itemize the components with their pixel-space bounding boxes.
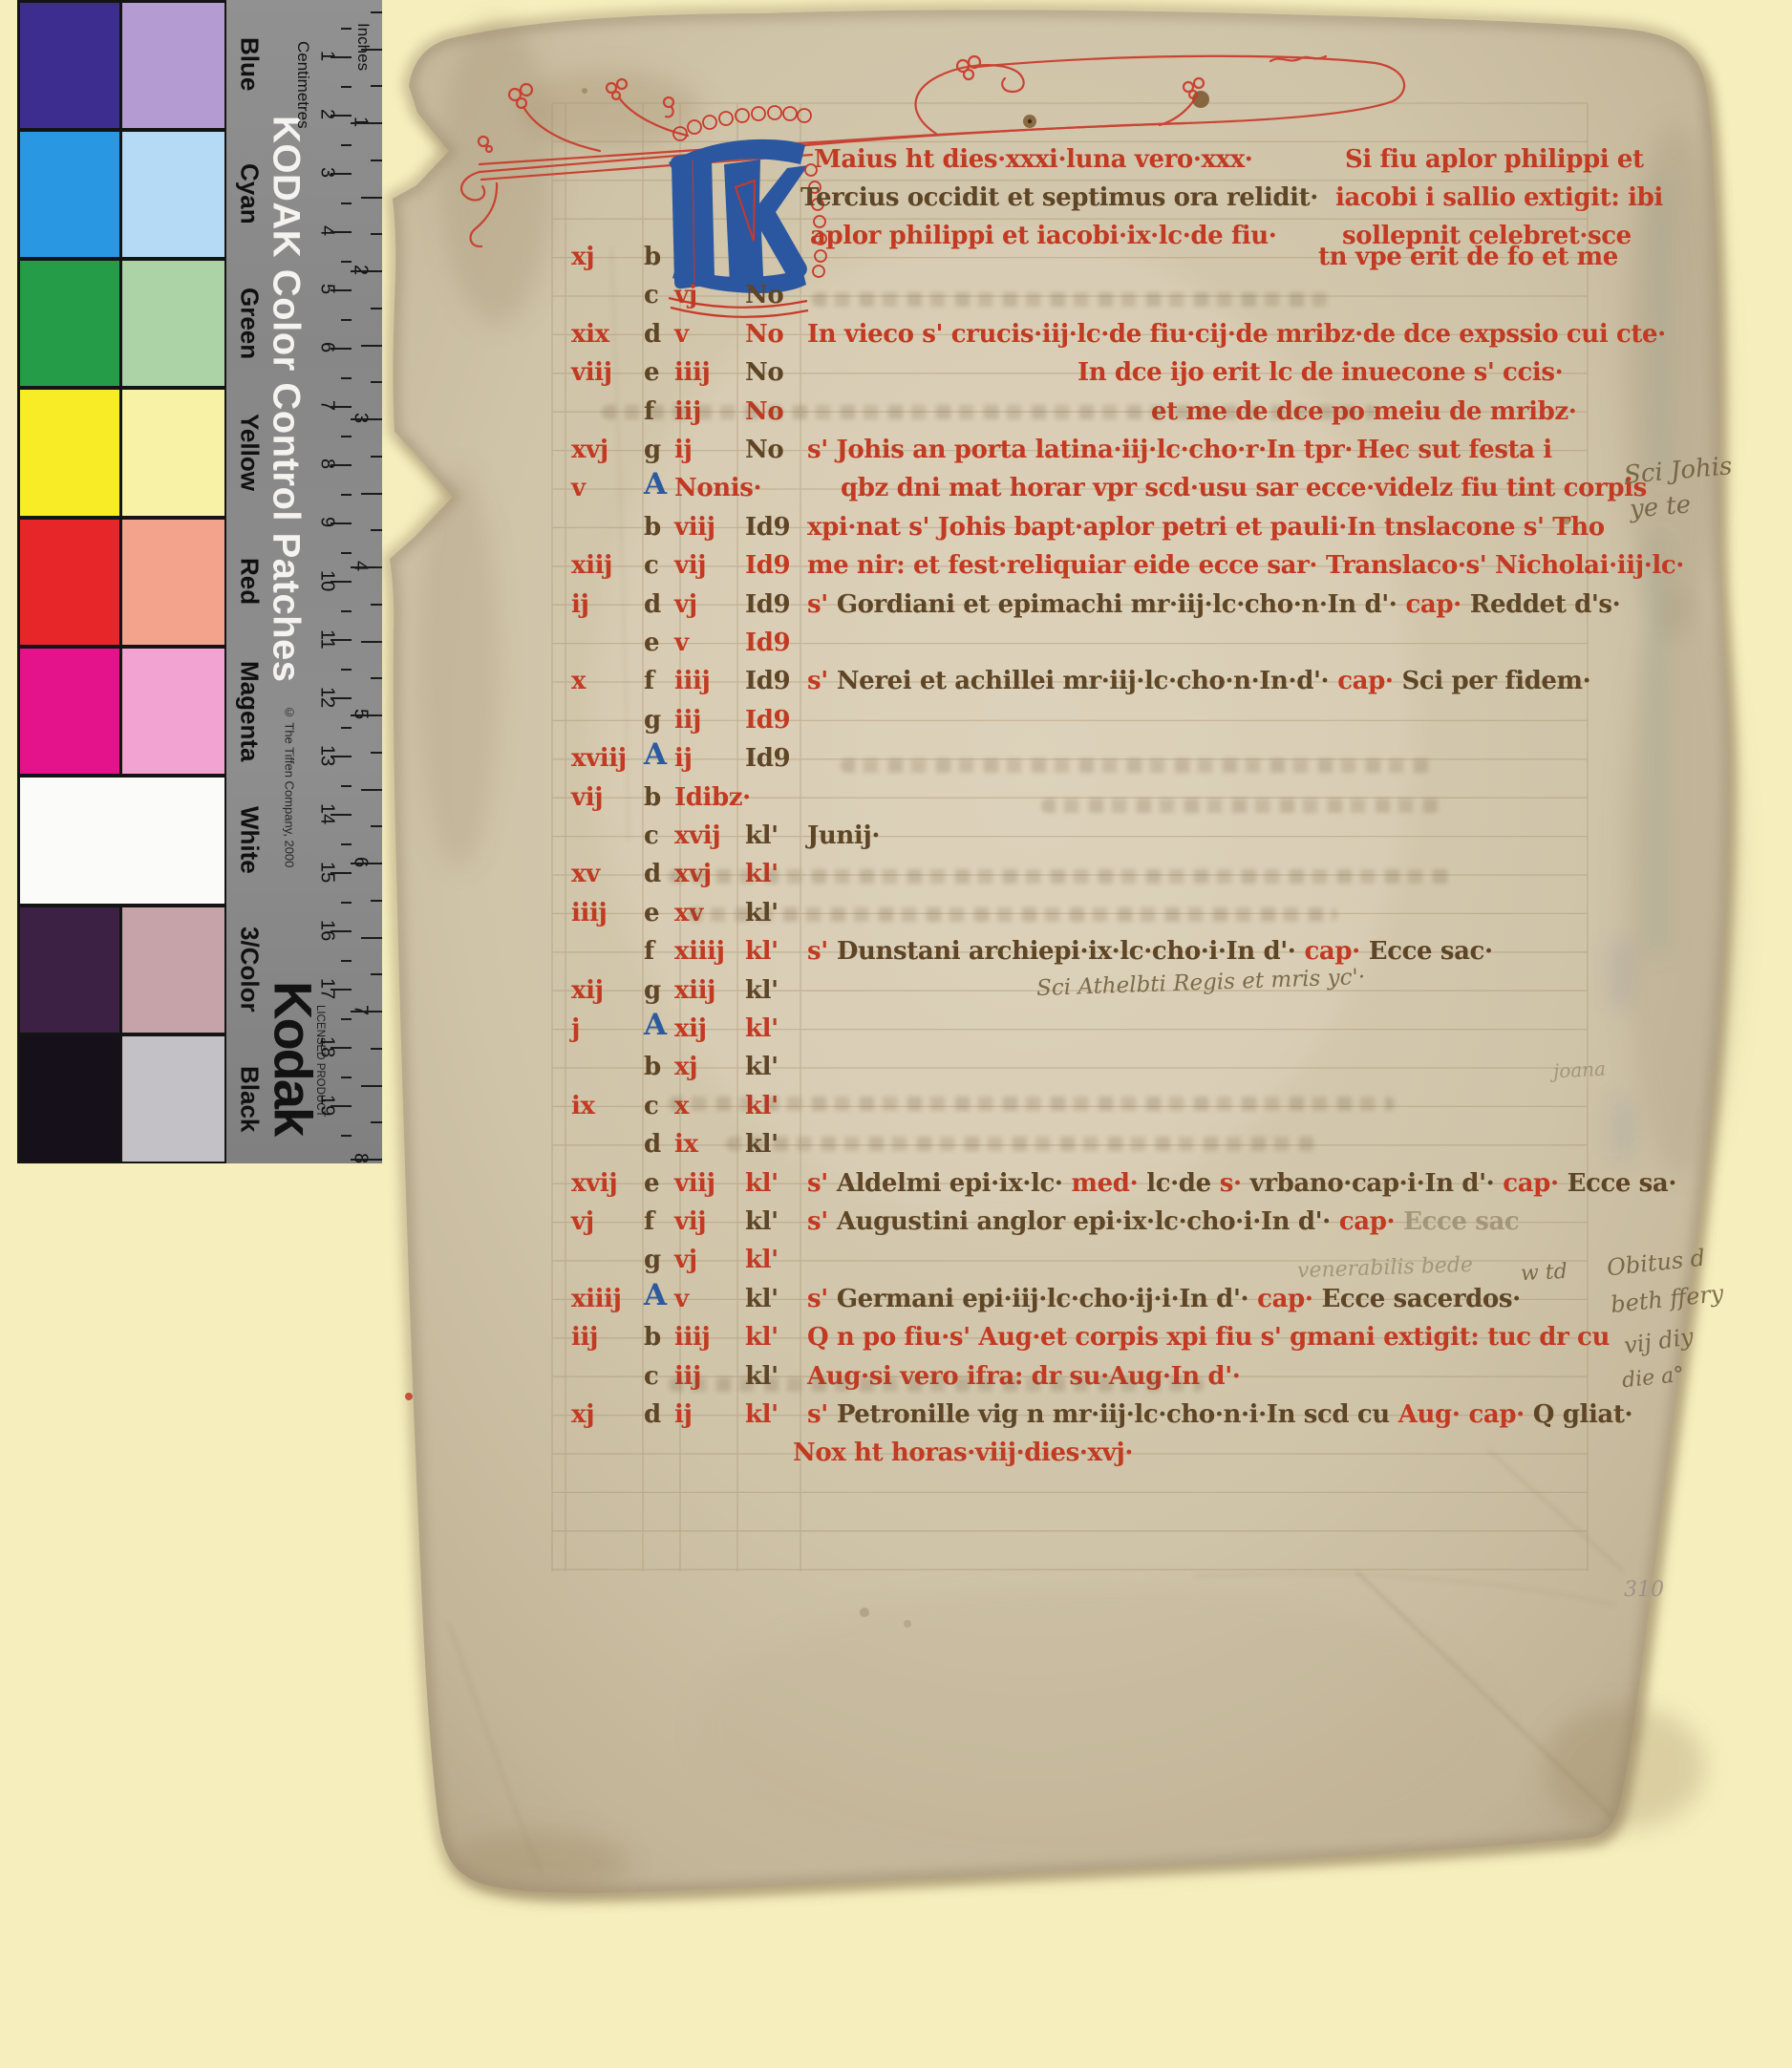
photo-backdrop: BlueCyanGreenYellowRedMagentaWhite3/Colo… bbox=[0, 0, 1792, 2068]
manuscript-leaf bbox=[0, 0, 1792, 2068]
